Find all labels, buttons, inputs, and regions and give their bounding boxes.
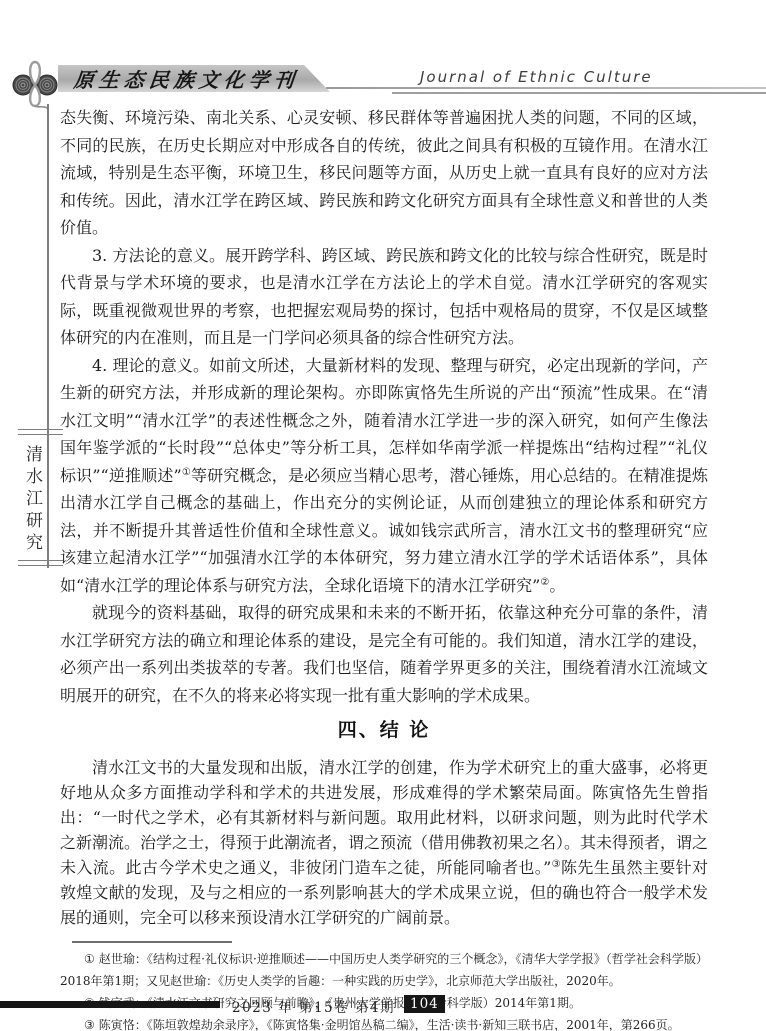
footnote-separator xyxy=(72,941,232,943)
footnote-item: ③陈寅恪：《陈垣敦煌劫余录序》，《陈寅恪集·金明馆丛稿二编》，生活·读书·新知三… xyxy=(60,1014,708,1031)
footnote-ref-1: ① xyxy=(182,467,191,478)
footnote-item: ①赵世瑜：《结构过程·礼仪标识·逆推顺述——中国历史人类学研究的三个概念》，《清… xyxy=(60,948,708,992)
footnote-marker: ③ xyxy=(84,1018,95,1031)
section-heading-conclusion: 四、结 论 xyxy=(60,717,708,743)
paragraph-3-text-c: 。 xyxy=(549,576,565,595)
column-label: 清水江研究 xyxy=(17,440,45,560)
column-label-bottom-tick xyxy=(18,560,63,566)
paragraph-2: 3. 方法论的意义。展开跨学科、跨区域、跨民族和跨文化的比较与综合性研究，既是时… xyxy=(60,242,708,352)
header-rule-bottom xyxy=(392,92,766,94)
footnote-marker: ① xyxy=(84,952,95,966)
header-rule-top xyxy=(326,87,766,89)
journal-page: 原生态民族文化学刊 Journal of Ethnic Culture 清水江研… xyxy=(0,0,766,1031)
paragraph-1: 态失衡、环境污染、南北关系、心灵安顿、移民群体等普遍困扰人类的问题，不同的区域，… xyxy=(60,104,708,242)
paragraph-4: 就现今的资料基础，取得的研究成果和未来的不断开拓，依靠这种充分可靠的条件，清水江… xyxy=(60,599,708,709)
journal-title-cn: 原生态民族文化学刊 xyxy=(56,64,300,93)
left-column-rule xyxy=(47,104,49,568)
footnote-text: 赵世瑜：《结构过程·礼仪标识·逆推顺述——中国历史人类学研究的三个概念》，《清华… xyxy=(60,952,708,988)
footer-issue-line: 2023 年 第15卷 第4期 xyxy=(232,996,395,1016)
footnote-text: 陈寅恪：《陈垣敦煌劫余录序》，《陈寅恪集·金明馆丛稿二编》，生活·读书·新知三联… xyxy=(99,1018,680,1031)
footnote-ref-2: ② xyxy=(540,577,549,588)
column-label-top-tick xyxy=(18,429,63,435)
footnote-ref-3: ③ xyxy=(551,859,561,870)
page-footer: 2023 年 第15卷 第4期 104 xyxy=(0,995,766,1015)
page-number-badge: 104 xyxy=(404,995,445,1013)
header-band: 原生态民族文化学刊 xyxy=(58,65,330,92)
journal-logo-icon xyxy=(2,56,66,110)
paragraph-5: 清水江文书的大量发现和出版，清水江学的创建，作为学术研究上的重大盛事，必将更好地… xyxy=(60,755,708,930)
paragraph-3: 4. 理论的意义。如前文所述，大量新材料的发现、整理与研究，必定出现新的学问，产… xyxy=(60,352,708,600)
journal-title-en: Journal of Ethnic Culture xyxy=(420,68,653,86)
footer-bar xyxy=(0,1001,220,1008)
footnotes-block: ①赵世瑜：《结构过程·礼仪标识·逆推顺述——中国历史人类学研究的三个概念》，《清… xyxy=(60,948,708,1031)
article-body: 态失衡、环境污染、南北关系、心灵安顿、移民群体等普遍困扰人类的问题，不同的区域，… xyxy=(60,104,708,1031)
